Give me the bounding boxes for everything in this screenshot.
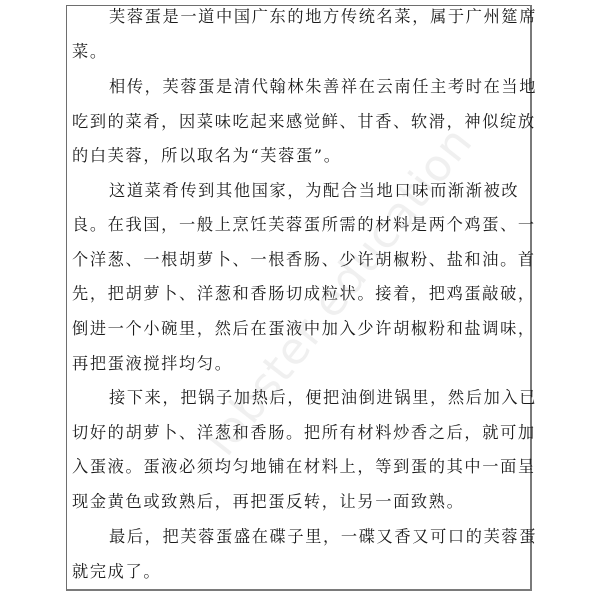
paragraph-3-line-4: 先，把胡萝卜、洋葱和香肠切成粒状。接着，把鸡蛋敲破， bbox=[72, 283, 536, 305]
paragraph-3-line-3: 个洋葱、一根胡萝卜、一根香肠、少许胡椒粉、盐和油。首 bbox=[72, 249, 536, 271]
paragraph-5-line-1: 最后，把芙蓉蛋盛在碟子里，一碟又香又可口的芙蓉蛋 bbox=[109, 526, 537, 548]
paragraph-4-line-4: 现金黄色或致熟后，再把蛋反转，让另一面致熟。 bbox=[72, 491, 464, 513]
paragraph-3-line-5: 倒进一个小碗里，然后在蛋液中加入少许胡椒粉和盐调味， bbox=[72, 318, 536, 340]
paragraph-3-line-1: 这道菜肴传到其他国家，为配合当地口味而渐渐被改 bbox=[109, 180, 519, 202]
paragraph-3-line-2: 良。在我国，一般上烹饪芙蓉蛋所需的材料是两个鸡蛋、一 bbox=[72, 214, 536, 236]
paragraph-5-line-2: 就完成了。 bbox=[72, 561, 161, 583]
paragraph-2-line-1: 相传，芙蓉蛋是清代翰林朱善祥在云南任主考时在当地 bbox=[109, 76, 537, 98]
paragraph-1-line-2: 菜。 bbox=[72, 41, 108, 63]
paragraph-3-line-6: 再把蛋液搅拌均匀。 bbox=[72, 353, 233, 375]
paragraph-4-line-3: 入蛋液。蛋液必须均匀地铺在材料上，等到蛋的其中一面呈 bbox=[72, 456, 536, 478]
paragraph-4-line-1: 接下来，把锅子加热后，便把油倒进锅里，然后加入已 bbox=[109, 387, 537, 409]
paragraph-2-line-3: 的白芙蓉，所以取名为“芙蓉蛋”。 bbox=[72, 145, 342, 167]
paragraph-1-line-1: 芙蓉蛋是一道中国广东的地方传统名菜，属于广州筵席 bbox=[109, 6, 537, 28]
paragraph-4-line-2: 切好的胡萝卜、洋葱和香肠。把所有材料炒香之后，就可加 bbox=[72, 422, 536, 444]
paragraph-2-line-2: 吃到的菜肴，因菜味吃起来感觉鲜、甘香、软滑，神似绽放 bbox=[72, 111, 536, 133]
